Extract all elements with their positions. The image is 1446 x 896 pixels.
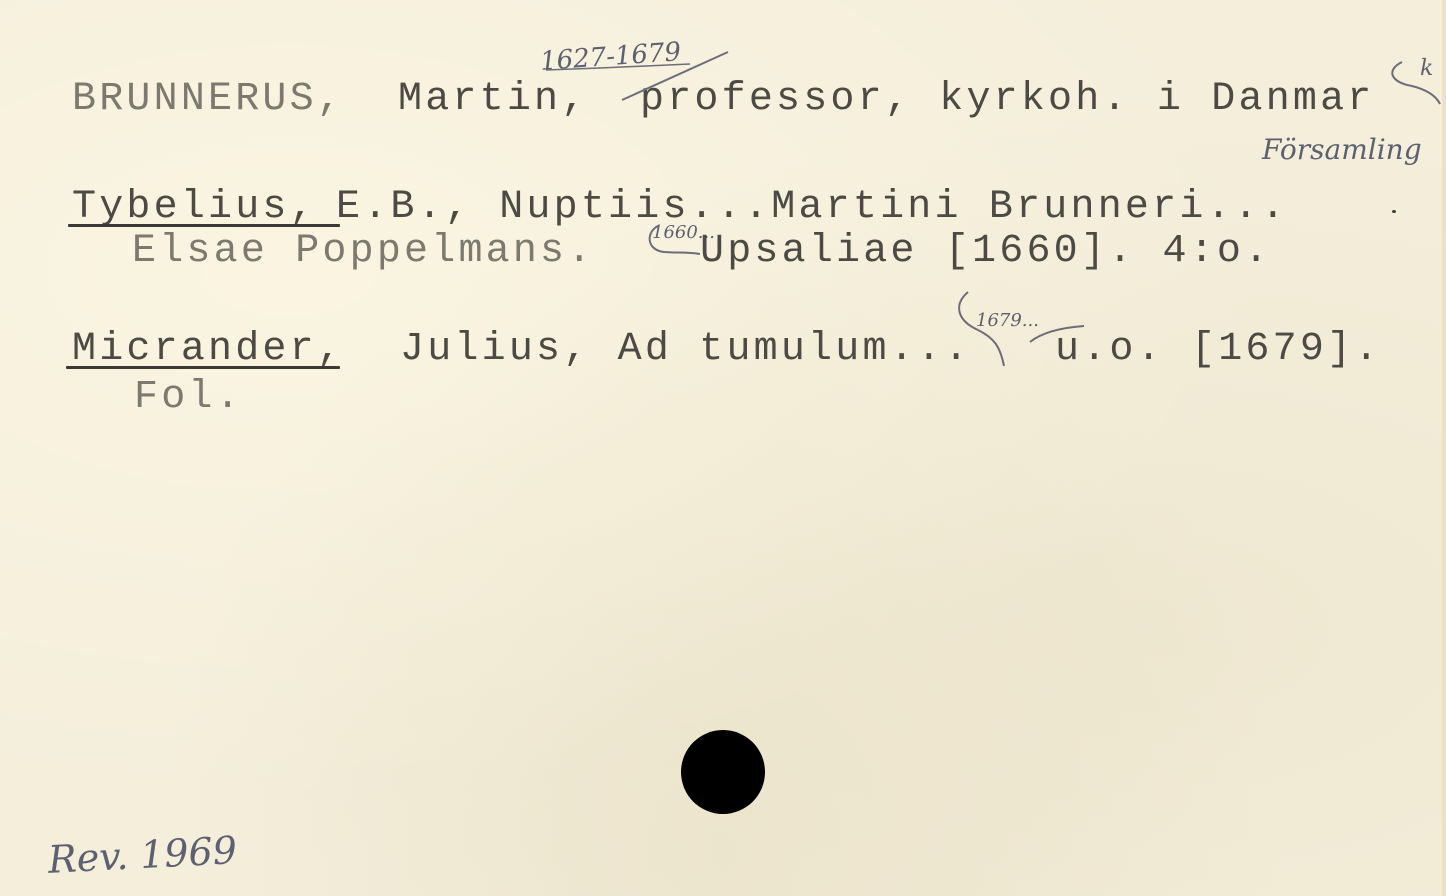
handwritten-life-dates: 1627-1679 — [539, 39, 682, 75]
handwritten-insert-k: k — [1420, 58, 1433, 80]
entry-1-imprint: Upsaliae [1660]. 4:o. — [700, 232, 1271, 272]
revision-note: Rev. 1969 — [47, 831, 238, 879]
entry-2-handwritten-note: 1679... — [976, 312, 1039, 330]
entry-2-author-underline — [66, 366, 340, 369]
entry-2-author: Micrander, — [72, 330, 344, 370]
ink-speck — [1392, 210, 1396, 213]
handwritten-insert-forsamling: Församling — [1262, 136, 1422, 164]
heading-given-name: Martin, — [398, 80, 588, 120]
entry-2-title: Julius, Ad tumulum... — [400, 330, 971, 370]
card-edge — [1442, 0, 1446, 896]
entry-1-line2-start: Elsae Poppelmans. — [132, 232, 594, 272]
entry-2-imprint: u.o. [1679]. — [1055, 330, 1381, 370]
punch-hole — [681, 730, 765, 814]
heading-description: professor, kyrkoh. i Danmar — [640, 80, 1375, 120]
heading-surname: BRUNNERUS, — [72, 80, 344, 120]
entry-1-title: E.B., Nuptiis...Martini Brunneri... — [336, 188, 1288, 228]
entry-1-author-underline — [68, 224, 340, 227]
entry-1-author: Tybelius, — [72, 188, 317, 228]
entry-2-format: Fol. — [134, 378, 243, 418]
catalog-card: 1627-1679 BRUNNERUS, Martin, professor, … — [0, 0, 1446, 896]
